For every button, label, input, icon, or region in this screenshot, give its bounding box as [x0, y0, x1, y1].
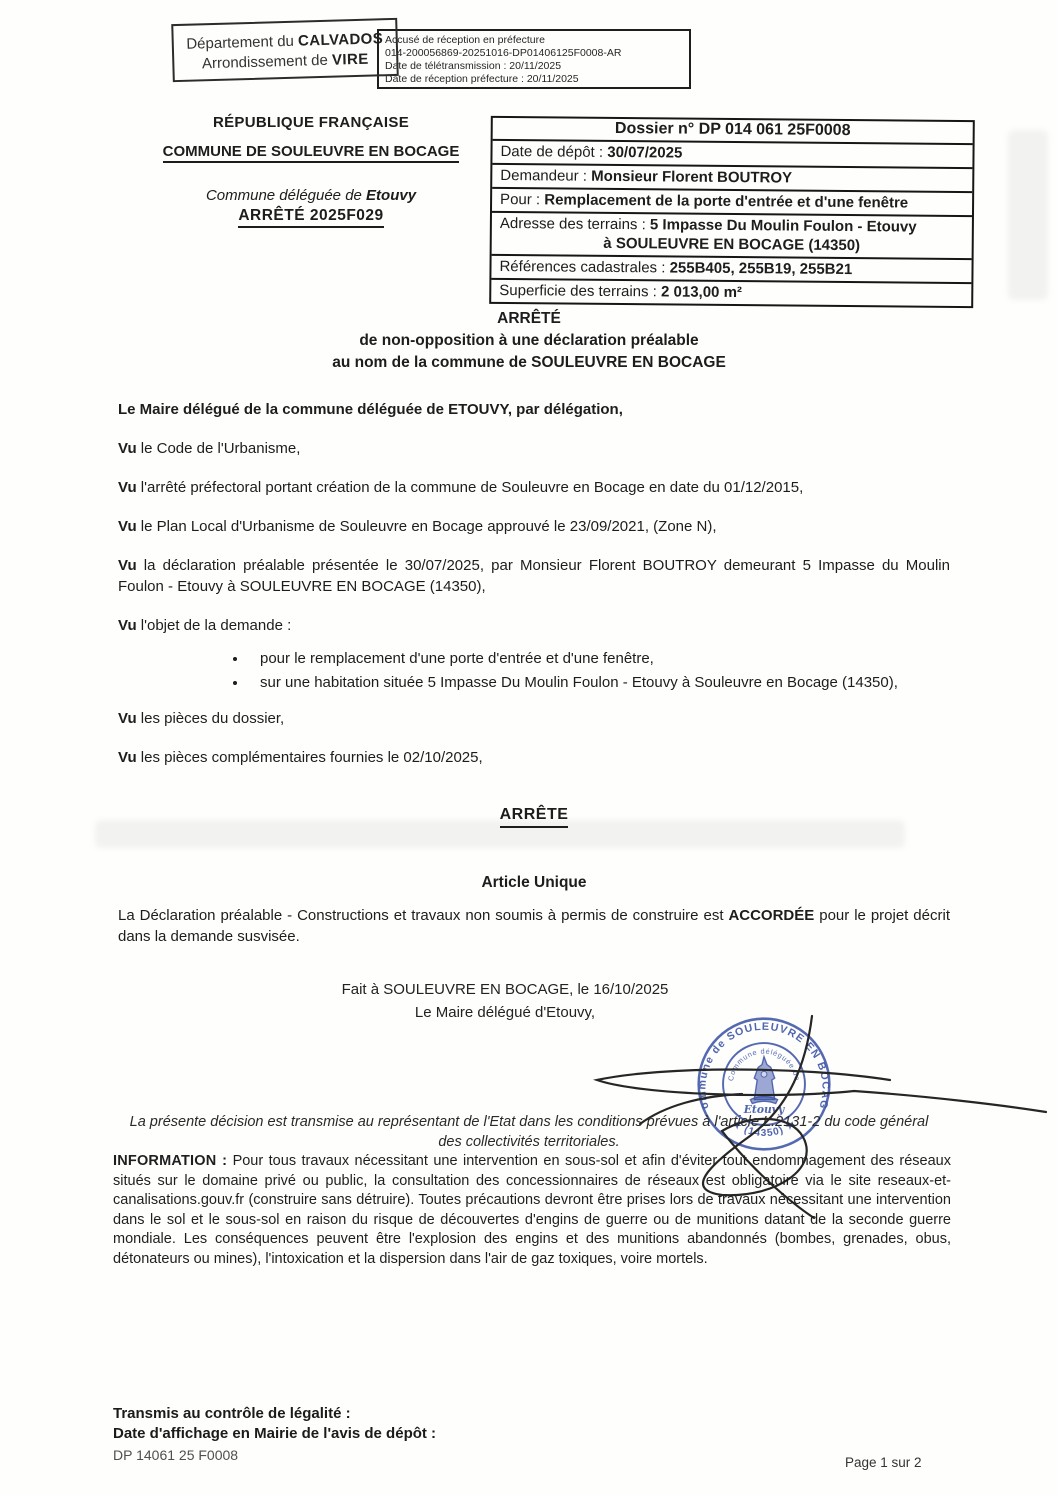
- vu-code-urbanisme: Vu le Code de l'Urbanisme,: [118, 438, 950, 459]
- title-line2: de non-opposition à une déclaration préa…: [0, 330, 1058, 352]
- article-paragraph: La Déclaration préalable - Constructions…: [118, 905, 950, 947]
- footer-block: Transmis au contrôle de légalité : Date …: [113, 1404, 436, 1465]
- title-line1: ARRÊTÉ: [0, 308, 1058, 330]
- intro-paragraph: Le Maire délégué de la commune déléguée …: [118, 399, 950, 420]
- article-unique-heading: Article Unique: [118, 872, 950, 893]
- footer-dossier-ref: DP 14061 25 F0008: [113, 1445, 436, 1465]
- document-page: Département du CALVADOS Arrondissement d…: [0, 0, 1058, 1496]
- stamp-crest-icon: [750, 1057, 777, 1104]
- reception-line4: Date de réception préfecture : 20/11/202…: [385, 73, 683, 86]
- page-number: Page 1 sur 2: [845, 1455, 922, 1470]
- footer-transmis-line: Transmis au contrôle de légalité :: [113, 1404, 436, 1424]
- vu-pieces-complementaires: Vu les pièces complémentaires fournies l…: [118, 747, 950, 768]
- prefecture-reception-box: Accusé de réception en préfecture 014-20…: [377, 29, 691, 89]
- left-title-column: RÉPUBLIQUE FRANÇAISE COMMUNE DE SOULEUVR…: [128, 114, 494, 228]
- vu-arrete-prefectoral: Vu l'arrêté préfectoral portant création…: [118, 477, 950, 498]
- reception-line1: Accusé de réception en préfecture: [385, 34, 683, 47]
- footer-affichage-line: Date d'affichage en Mairie de l'avis de …: [113, 1424, 436, 1444]
- vu-pieces-dossier: Vu les pièces du dossier,: [118, 708, 950, 729]
- dossier-row-adresse: Adresse des terrains : 5 Impasse Du Moul…: [492, 211, 972, 258]
- commune-title: COMMUNE DE SOULEUVRE EN BOCAGE: [163, 143, 460, 163]
- transmission-note: La présente décision est transmise au re…: [99, 1112, 959, 1152]
- vu-objet-demande: Vu l'objet de la demande :: [118, 615, 950, 636]
- title-line3: au nom de la commune de SOULEUVRE EN BOC…: [0, 352, 1058, 374]
- bullet-item: pour le remplacement d'une porte d'entré…: [248, 648, 950, 670]
- fait-line: Fait à SOULEUVRE EN BOCAGE, le 16/10/202…: [205, 978, 805, 1001]
- demande-bullet-list: pour le remplacement d'une porte d'entré…: [118, 648, 950, 694]
- republique-title: RÉPUBLIQUE FRANÇAISE: [128, 114, 494, 131]
- information-paragraph: INFORMATION : Pour tous travaux nécessit…: [113, 1152, 951, 1269]
- transmission-line2: des collectivités territoriales.: [99, 1132, 959, 1152]
- bullet-item: sur une habitation située 5 Impasse Du M…: [248, 672, 950, 694]
- vu-declaration-prealable: Vu la déclaration préalable présentée le…: [118, 555, 950, 597]
- document-body: Le Maire délégué de la commune déléguée …: [118, 399, 950, 965]
- department-stamp-box: Département du CALVADOS Arrondissement d…: [171, 18, 399, 82]
- arrete-reference: ARRÊTÉ 2025F029: [128, 207, 494, 228]
- transmission-line1: La présente décision est transmise au re…: [99, 1112, 959, 1132]
- document-title: ARRÊTÉ de non-opposition à une déclarati…: [0, 308, 1058, 374]
- information-text: Pour tous travaux nécessitant une interv…: [113, 1153, 951, 1267]
- information-label: INFORMATION :: [113, 1153, 227, 1169]
- commune-deleguee-line: Commune déléguée de Etouvy: [128, 187, 494, 204]
- reception-line2: 014-200056869-20251016-DP01406125F0008-A…: [385, 47, 683, 60]
- vu-plu: Vu le Plan Local d'Urbanisme de Souleuvr…: [118, 516, 950, 537]
- dossier-info-table: Dossier n° DP 014 061 25F0008 Date de dé…: [489, 116, 975, 308]
- scan-artifact: [1008, 130, 1048, 300]
- dossier-row-superficie: Superficie des terrains : 2 013,00 m²: [491, 278, 971, 306]
- arrete-heading: ARRÊTE: [118, 804, 950, 828]
- reception-line3: Date de télétransmission : 20/11/2025: [385, 60, 683, 73]
